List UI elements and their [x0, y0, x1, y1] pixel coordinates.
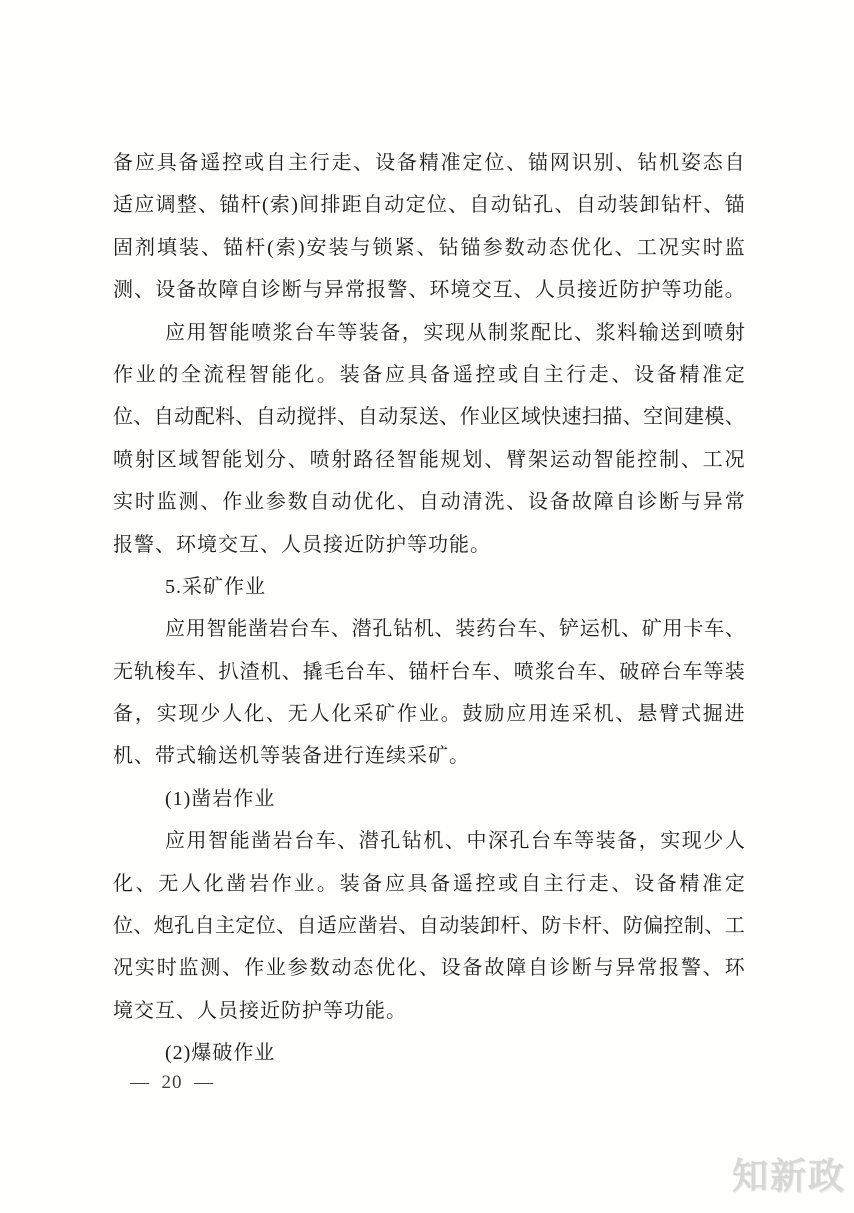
page-number: — 20 —	[130, 1072, 214, 1094]
text-line: 无轨梭车、扒渣机、撬毛台车、锚杆台车、喷浆台车、破碎台车等装	[113, 651, 745, 693]
text-line: 固剂填装、锚杆(索)安装与锁紧、钻锚参数动态优化、工况实时监	[113, 227, 745, 269]
text-line: 报警、环境交互、人员接近防护等功能。	[113, 524, 745, 566]
text-line: 测、设备故障自诊断与异常报警、环境交互、人员接近防护等功能。	[113, 269, 745, 311]
text-line: 实时监测、作业参数自动优化、自动清洗、设备故障自诊断与异常	[113, 481, 745, 523]
document-body: 备应具备遥控或自主行走、设备精准定位、锚网识别、钻机姿态自适应调整、锚杆(索)间…	[113, 142, 745, 1075]
section-heading: (1)凿岩作业	[113, 778, 797, 820]
text-line: 况实时监测、作业参数动态优化、设备故障自诊断与异常报警、环	[113, 947, 745, 989]
section-heading: (2)爆破作业	[113, 1032, 797, 1074]
text-line: 备应具备遥控或自主行走、设备精准定位、锚网识别、钻机姿态自	[113, 142, 745, 184]
text-line: 适应调整、锚杆(索)间排距自动定位、自动钻孔、自动装卸钻杆、锚	[113, 184, 745, 226]
watermark: 知新政	[732, 1148, 846, 1199]
text-line: 应用智能凿岩台车、潜孔钻机、装药台车、铲运机、矿用卡车、	[113, 608, 745, 650]
section-heading: 5.采矿作业	[113, 566, 797, 608]
text-line: 喷射区域智能划分、喷射路径智能规划、臂架运动智能控制、工况	[113, 439, 745, 481]
text-line: 境交互、人员接近防护等功能。	[113, 990, 745, 1032]
text-line: 备，实现少人化、无人化采矿作业。鼓励应用连采机、悬臂式掘进	[113, 693, 745, 735]
text-line: 位、自动配料、自动搅拌、自动泵送、作业区域快速扫描、空间建模、	[113, 396, 745, 438]
text-line: 应用智能凿岩台车、潜孔钻机、中深孔台车等装备，实现少人	[113, 820, 745, 862]
text-line: 机、带式输送机等装备进行连续采矿。	[113, 735, 745, 777]
text-line: 化、无人化凿岩作业。装备应具备遥控或自主行走、设备精准定	[113, 863, 745, 905]
text-line: 作业的全流程智能化。装备应具备遥控或自主行走、设备精准定	[113, 354, 745, 396]
document-page: 备应具备遥控或自主行走、设备精准定位、锚网识别、钻机姿态自适应调整、锚杆(索)间…	[0, 0, 854, 1213]
text-line: 应用智能喷浆台车等装备，实现从制浆配比、浆料输送到喷射	[113, 312, 745, 354]
text-line: 位、炮孔自主定位、自适应凿岩、自动装卸杆、防卡杆、防偏控制、工	[113, 905, 745, 947]
